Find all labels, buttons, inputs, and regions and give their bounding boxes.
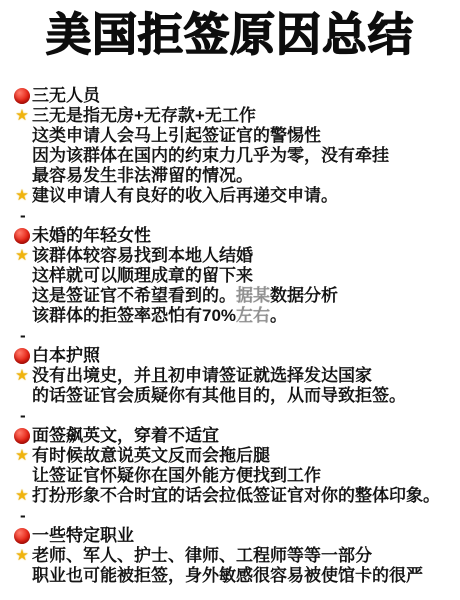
section-heading-text: 未婚的年轻女性 xyxy=(32,226,151,245)
tip-line: ★ 老师、军人、护士、律师、工程师等等一部分 xyxy=(14,546,454,566)
section-heading-text: 三无人员 xyxy=(32,86,100,105)
tip-text: 建议申请人有良好的收入后再递交申请。 xyxy=(32,186,338,205)
body-line: 的话签证官会质疑你有其他目的，从而导致拒签。 xyxy=(14,386,454,406)
red-circle-icon xyxy=(14,528,30,544)
red-circle-icon xyxy=(14,88,30,104)
body-line: 该群体的拒签率恐怕有70%左右。 xyxy=(14,306,454,326)
body-line: 这是签证官不希望看到的。据某数据分析 xyxy=(14,286,454,306)
page-title: 美国拒签原因总结 xyxy=(0,6,460,64)
tip-text: 老师、军人、护士、律师、工程师等等一部分 xyxy=(32,546,372,565)
tip-line: ★ 三无是指无房+无存款+无工作 xyxy=(14,106,454,126)
red-circle-icon xyxy=(14,348,30,364)
tip-text: 打扮形象不合时宜的话会拉低签证官对你的整体印象。 xyxy=(32,486,440,505)
section-heading: 未婚的年轻女性 xyxy=(14,226,454,246)
tip-text: 有时候故意说英文反而会拖后腿 xyxy=(32,446,270,465)
glowing-star-icon: ★ xyxy=(14,367,30,383)
separator-dash: - xyxy=(14,406,454,426)
poster-page: 美国拒签原因总结 三无人员 ★ 三无是指无房+无存款+无工作 这类申请人会马上引… xyxy=(0,0,460,600)
glowing-star-icon: ★ xyxy=(14,107,30,123)
body-text: 这是签证官不希望看到的。 xyxy=(32,286,236,305)
section-specific-occupations: 一些特定职业 ★ 老师、军人、护士、律师、工程师等等一部分 职业也可能被拒签，身… xyxy=(14,526,454,586)
tip-text: 该群体较容易找到本地人结婚 xyxy=(32,246,253,265)
section-heading-text: 面签飙英文，穿着不适宜 xyxy=(32,426,219,445)
section-heading-text: 一些特定职业 xyxy=(32,526,134,545)
watermarked-text: 据某 xyxy=(236,286,270,305)
body-text: 该群体的拒签率恐怕有70% xyxy=(32,306,236,325)
tip-line: ★ 建议申请人有良好的收入后再递交申请。 xyxy=(14,186,454,206)
body-line: 这样就可以顺理成章的留下来 xyxy=(14,266,454,286)
tip-line: ★ 打扮形象不合时宜的话会拉低签证官对你的整体印象。 xyxy=(14,486,454,506)
glowing-star-icon: ★ xyxy=(14,487,30,503)
section-heading: 三无人员 xyxy=(14,86,454,106)
glowing-star-icon: ★ xyxy=(14,187,30,203)
tip-text: 没有出境史，并且初申请签证就选择发达国家 xyxy=(32,366,372,385)
red-circle-icon xyxy=(14,428,30,444)
section-heading-text: 白本护照 xyxy=(32,346,100,365)
body-text: 数据分析 xyxy=(270,286,338,305)
section-heading: 一些特定职业 xyxy=(14,526,454,546)
content: 三无人员 ★ 三无是指无房+无存款+无工作 这类申请人会马上引起签证官的警惕性 … xyxy=(0,86,460,586)
tip-line: ★ 该群体较容易找到本地人结婚 xyxy=(14,246,454,266)
section-interview-english-attire: 面签飙英文，穿着不适宜 ★ 有时候故意说英文反而会拖后腿 让签证官怀疑你在国外能… xyxy=(14,426,454,506)
glowing-star-icon: ★ xyxy=(14,547,30,563)
body-line: 最容易发生非法滞留的情况。 xyxy=(14,166,454,186)
separator-dash: - xyxy=(14,206,454,226)
body-line: 因为该群体在国内的约束力几乎为零，没有牵挂 xyxy=(14,146,454,166)
red-circle-icon xyxy=(14,228,30,244)
tip-line: ★ 没有出境史，并且初申请签证就选择发达国家 xyxy=(14,366,454,386)
body-line: 这类申请人会马上引起签证官的警惕性 xyxy=(14,126,454,146)
section-young-unmarried-women: 未婚的年轻女性 ★ 该群体较容易找到本地人结婚 这样就可以顺理成章的留下来 这是… xyxy=(14,226,454,326)
separator-dash: - xyxy=(14,326,454,346)
watermarked-text: 左右 xyxy=(236,306,270,325)
tip-text: 三无是指无房+无存款+无工作 xyxy=(32,106,256,125)
glowing-star-icon: ★ xyxy=(14,247,30,263)
section-heading: 白本护照 xyxy=(14,346,454,366)
body-line: 职业也可能被拒签，身外敏感很容易被使馆卡的很严 xyxy=(14,566,454,586)
body-line: 让签证官怀疑你在国外能方便找到工作 xyxy=(14,466,454,486)
tip-line: ★ 有时候故意说英文反而会拖后腿 xyxy=(14,446,454,466)
section-heading: 面签飙英文，穿着不适宜 xyxy=(14,426,454,446)
section-no-assets: 三无人员 ★ 三无是指无房+无存款+无工作 这类申请人会马上引起签证官的警惕性 … xyxy=(14,86,454,206)
separator-dash: - xyxy=(14,506,454,526)
body-text: 。 xyxy=(270,306,287,325)
glowing-star-icon: ★ xyxy=(14,447,30,463)
section-blank-passport: 白本护照 ★ 没有出境史，并且初申请签证就选择发达国家 的话签证官会质疑你有其他… xyxy=(14,346,454,406)
